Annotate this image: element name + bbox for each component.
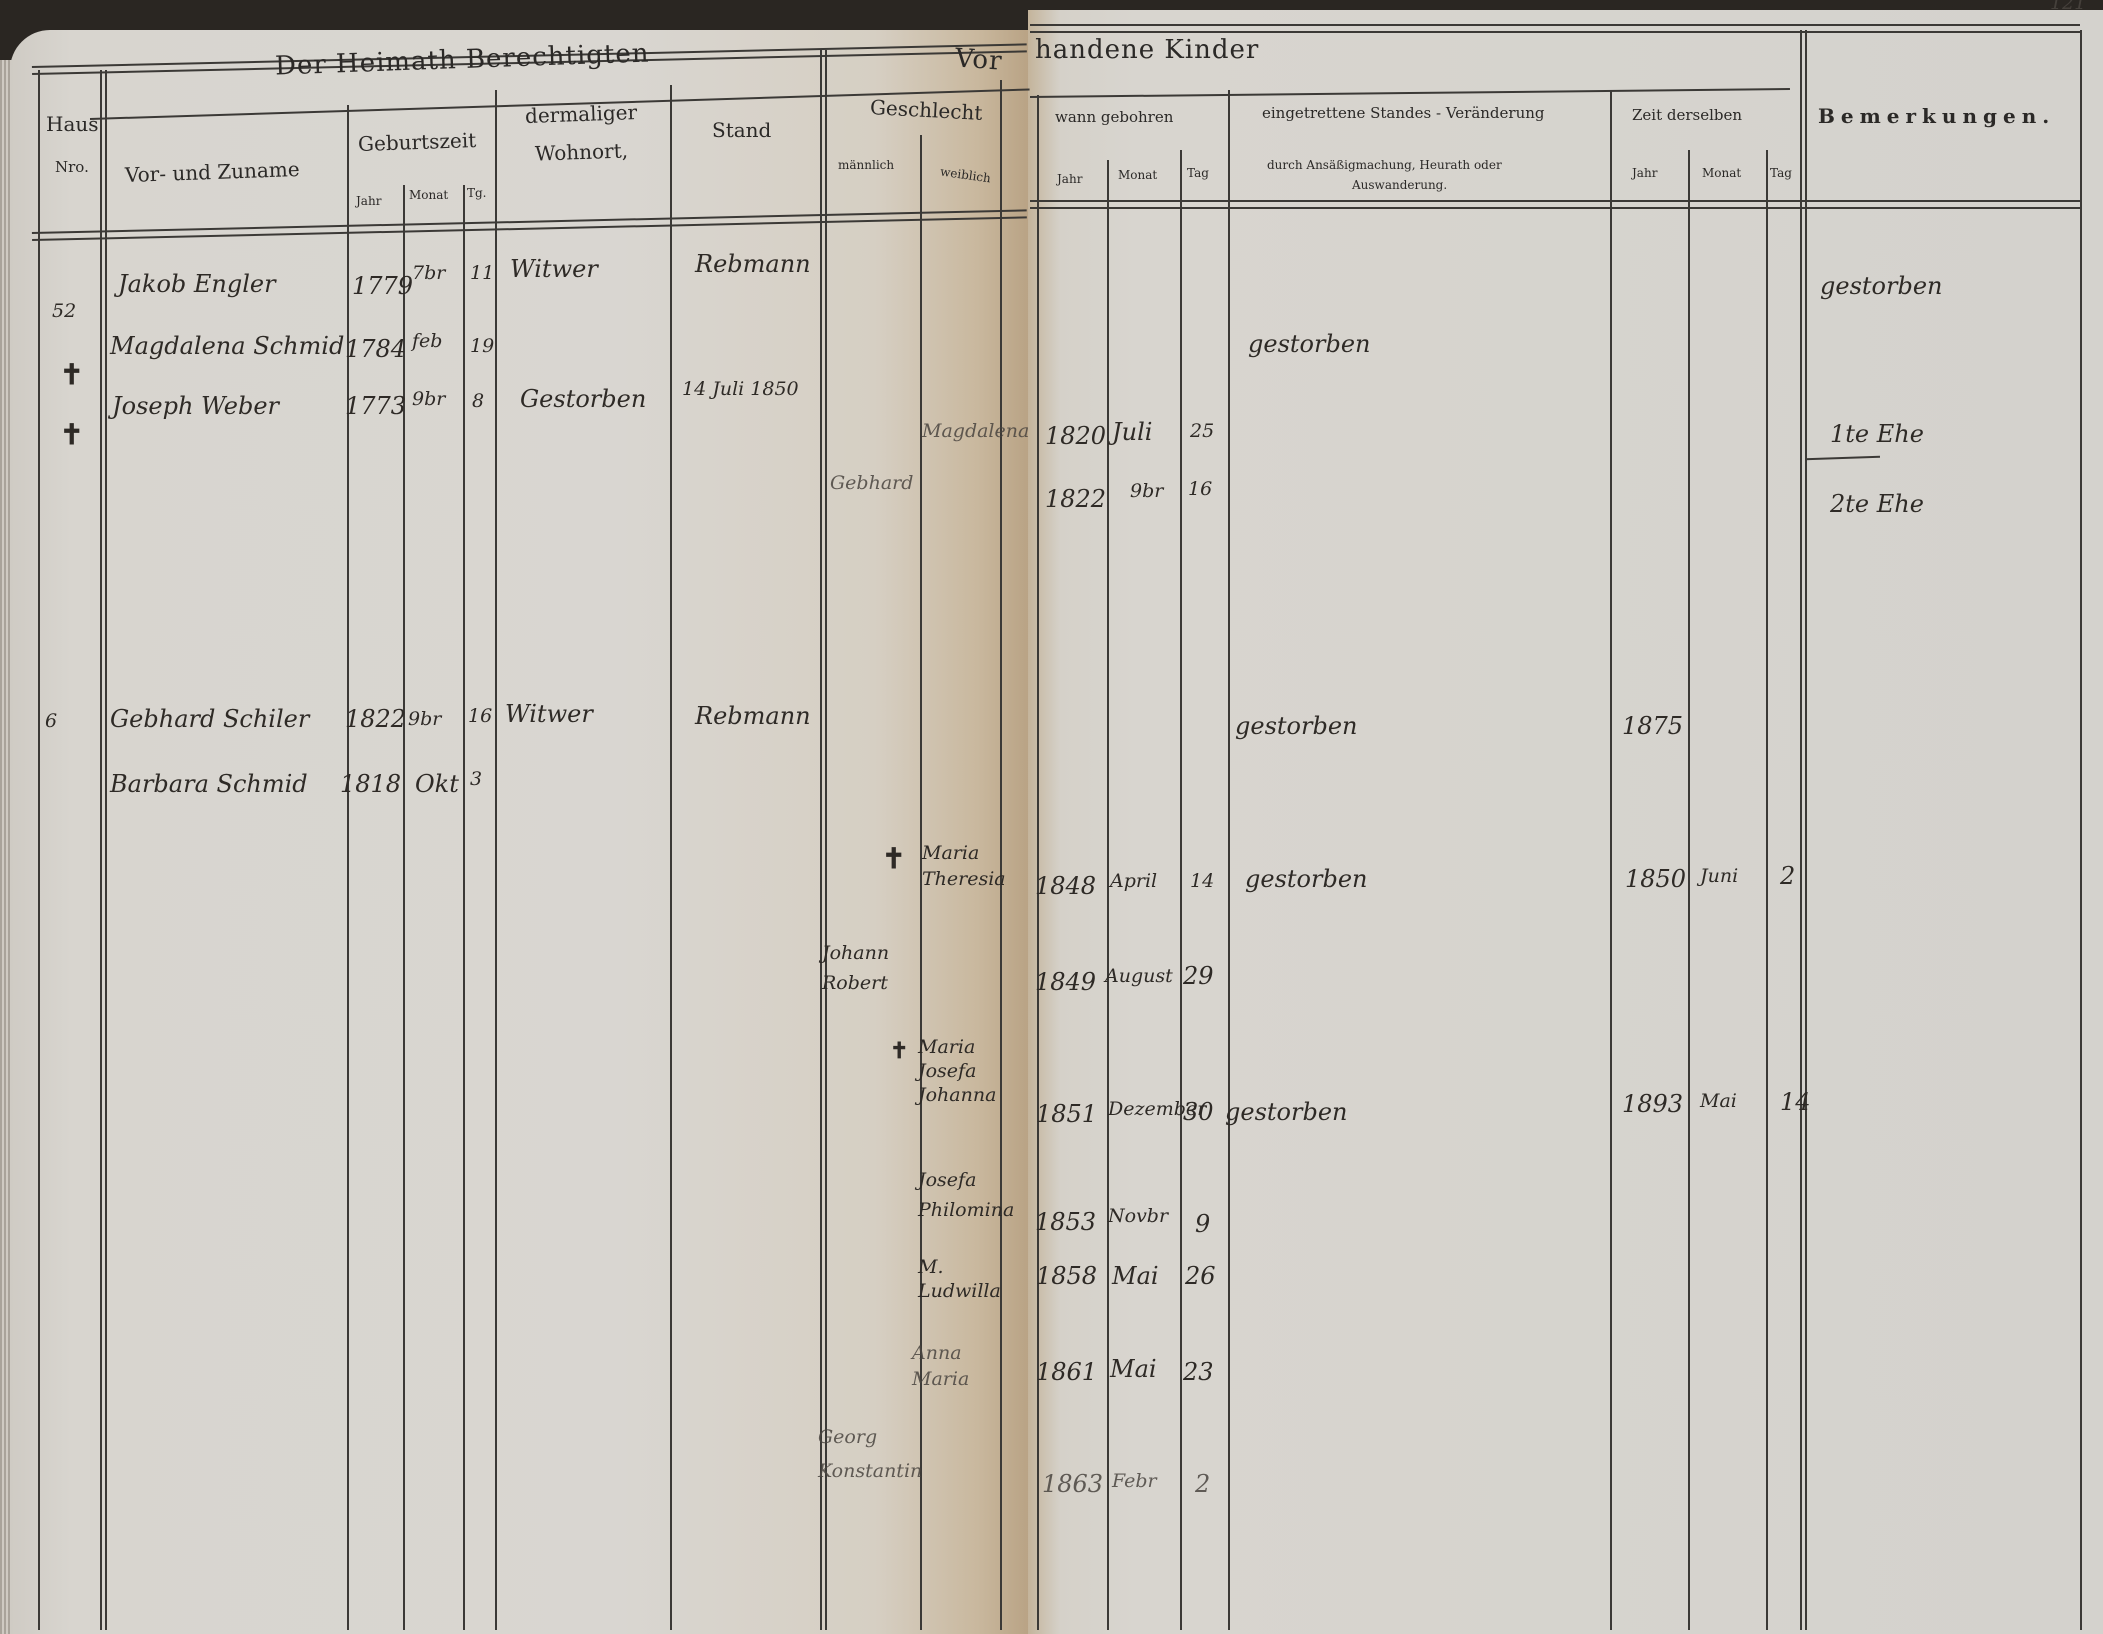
person-birth-year: 1818	[340, 770, 401, 798]
person-birth-day: 16	[468, 705, 492, 727]
person-birth-day: 8	[472, 390, 484, 412]
header-kind-jahr: Jahr	[1057, 172, 1082, 186]
col-line	[820, 50, 822, 1630]
child-female: Maria Josefa Johanna	[918, 1035, 998, 1107]
person-wohnort: Gestorben	[520, 385, 646, 413]
child-birth-year: 1820	[1045, 422, 1106, 450]
status-change-month: Mai	[1700, 1090, 1737, 1112]
child-female: Maria Theresia	[922, 840, 1012, 892]
top-border-right	[1030, 24, 2080, 33]
child-female: Magdalena	[922, 420, 1029, 442]
header-zeit-monat: Monat	[1702, 166, 1741, 180]
person-name: Gebhard Schiler	[110, 705, 309, 733]
person-name: Barbara Schmid	[110, 770, 308, 798]
child-birth-year: 1848	[1035, 872, 1096, 900]
person-stand: 14 Juli 1850	[682, 378, 799, 400]
header-wohnort-1: dermaliger	[525, 100, 638, 128]
section-title-cont: Vor	[954, 43, 1003, 76]
person-remark: gestorben	[1820, 272, 1942, 300]
col-line	[1037, 95, 1039, 1630]
col-line	[463, 185, 465, 1630]
deceased-cross-icon: ✝	[60, 358, 83, 391]
header-tag: Tg.	[467, 186, 487, 200]
deceased-cross-icon: ✝	[60, 418, 83, 451]
right-page	[1028, 10, 2103, 1634]
col-line	[1107, 160, 1109, 1630]
person-stand: Rebmann	[695, 702, 811, 730]
child-birth-year: 1849	[1035, 968, 1096, 996]
person-wohnort: Witwer	[505, 700, 593, 728]
status-change-year: 1893	[1622, 1090, 1683, 1118]
child-birth-day: 16	[1188, 478, 1212, 500]
child-birth-year: 1851	[1036, 1100, 1097, 1128]
status-change-day: 14	[1780, 1088, 1811, 1116]
status-change: gestorben	[1248, 330, 1370, 358]
col-line	[670, 85, 672, 1630]
child-birth-month: Novbr	[1108, 1205, 1168, 1227]
child-birth-month: April	[1110, 870, 1157, 892]
deceased-cross-icon: ✝	[890, 1038, 908, 1064]
child-birth-day: 14	[1190, 870, 1214, 892]
status-change-month: Juni	[1700, 865, 1738, 887]
child-birth-year: 1822	[1045, 485, 1106, 513]
col-line	[1610, 90, 1612, 1630]
person-name: Jakob Engler	[118, 270, 276, 298]
person-birth-year: 1784	[345, 335, 406, 363]
header-bemerkungen: Bemerkungen.	[1818, 104, 2055, 128]
child-birth-day: 9	[1195, 1210, 1210, 1238]
child-birth-day: 23	[1183, 1358, 1214, 1386]
child-birth-year: 1861	[1036, 1358, 1097, 1386]
child-birth-day: 30	[1183, 1098, 1214, 1126]
child-birth-month: 9br	[1130, 480, 1163, 502]
child-birth-month: August	[1105, 965, 1173, 987]
child-birth-day: 25	[1190, 420, 1214, 442]
header-zeit-derselben: Zeit derselben	[1632, 106, 1742, 124]
header-kind-tag: Tag	[1187, 166, 1209, 180]
status-change-year: 1875	[1622, 712, 1683, 740]
header-standes-veraenderung: eingetrettene Standes - Veränderung	[1262, 104, 1545, 122]
person-stand: Rebmann	[695, 250, 811, 278]
status-change: gestorben	[1225, 1098, 1347, 1126]
col-line	[1766, 150, 1768, 1630]
child-birth-day: 26	[1185, 1262, 1216, 1290]
header-haus: Haus	[46, 112, 99, 136]
col-line	[2080, 30, 2082, 1630]
header-bottom-border-right	[1030, 200, 2080, 209]
child-female: Josefa Philomina	[918, 1165, 1008, 1225]
person-name: Joseph Weber	[112, 392, 279, 420]
header-wohnort-2: Wohnort,	[535, 138, 629, 165]
child-birth-month: Febr	[1112, 1470, 1157, 1492]
child-birth-year: 1863	[1042, 1470, 1103, 1498]
col-line	[825, 50, 827, 1630]
person-birth-month: 7br	[412, 262, 445, 284]
person-birth-year: 1822	[345, 705, 406, 733]
child-male: Gebhard	[830, 472, 913, 494]
haus-nr-2: 6	[45, 710, 57, 732]
header-monat: Monat	[409, 188, 448, 202]
col-line	[1800, 30, 1802, 1630]
status-change: gestorben	[1235, 712, 1357, 740]
person-birth-year: 1779	[352, 272, 413, 300]
person-wohnort: Witwer	[510, 255, 598, 283]
haus-nr-1: 52	[52, 300, 76, 322]
header-zeit-tag: Tag	[1770, 166, 1792, 180]
header-maennlich: männlich	[838, 158, 894, 172]
child-remark: 1te Ehe	[1830, 420, 1924, 448]
header-zeit-jahr: Jahr	[1632, 166, 1657, 180]
person-birth-day: 11	[470, 262, 494, 284]
person-birth-day: 19	[470, 335, 494, 357]
status-change: gestorben	[1245, 865, 1367, 893]
person-birth-year: 1773	[345, 392, 406, 420]
header-nro: Nro.	[55, 158, 89, 176]
register-book: 121 Der Heimath Berechtigten Vor Haus Nr…	[0, 0, 2103, 1634]
child-male: Johann Robert	[822, 938, 912, 998]
header-standes-sub-1: durch Ansäßigmachung, Heurath oder	[1267, 158, 1502, 172]
deceased-cross-icon: ✝	[882, 842, 905, 875]
col-line	[100, 70, 102, 1630]
person-birth-month: 9br	[412, 388, 445, 410]
child-birth-month: Juli	[1112, 418, 1152, 446]
child-female: M. Ludwilla	[918, 1255, 998, 1303]
person-birth-month: Okt	[415, 770, 459, 798]
child-birth-month: Mai	[1112, 1262, 1159, 1290]
header-geburtszeit: Geburtszeit	[358, 128, 477, 156]
col-line	[1180, 150, 1182, 1630]
person-birth-day: 3	[470, 768, 482, 790]
child-female: Anna Maria	[912, 1340, 992, 1392]
child-birth-day: 29	[1183, 962, 1214, 990]
header-wann-gebohren: wann gebohren	[1055, 108, 1173, 126]
col-line	[1688, 150, 1690, 1630]
col-line	[1805, 30, 1807, 1630]
col-line	[495, 90, 497, 1630]
child-remark: 2te Ehe	[1830, 490, 1924, 518]
child-birth-year: 1853	[1035, 1208, 1096, 1236]
child-birth-year: 1858	[1036, 1262, 1097, 1290]
person-birth-month: feb	[412, 330, 442, 352]
person-name: Magdalena Schmid	[110, 332, 344, 360]
child-birth-day: 2	[1195, 1470, 1210, 1498]
col-line	[347, 105, 349, 1630]
child-male: Georg Konstantin	[818, 1420, 918, 1488]
page-number: 121	[2050, 0, 2086, 14]
status-change-year: 1850	[1625, 865, 1686, 893]
header-standes-sub-2: Auswanderung.	[1352, 178, 1447, 192]
header-stand: Stand	[712, 118, 771, 142]
col-line	[38, 70, 40, 1630]
child-birth-month: Mai	[1110, 1355, 1157, 1383]
status-change-day: 2	[1780, 862, 1795, 890]
col-line	[1228, 90, 1230, 1630]
col-line	[105, 70, 107, 1630]
person-birth-month: 9br	[408, 708, 441, 730]
header-kind-monat: Monat	[1118, 168, 1157, 182]
section-title-right: handene Kinder	[1035, 35, 1259, 65]
header-jahr: Jahr	[356, 194, 381, 208]
